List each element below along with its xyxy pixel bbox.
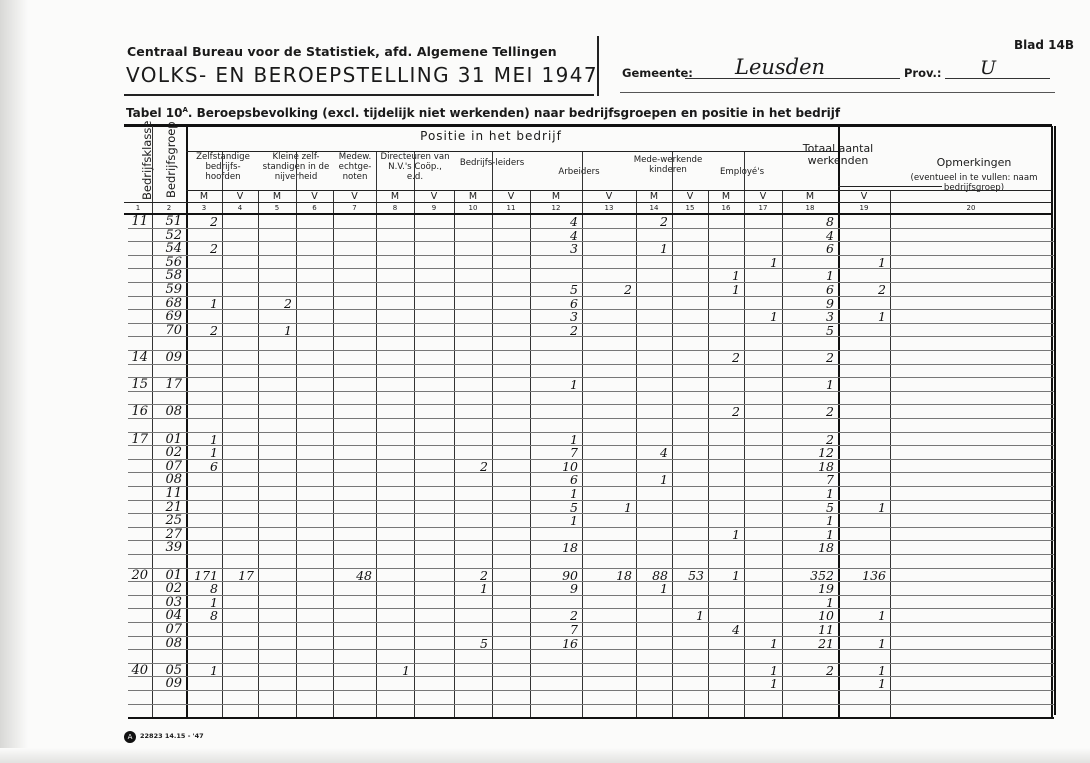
cell-col-10: 2 xyxy=(454,569,488,582)
cell-col-12: 1 xyxy=(530,514,578,527)
cell-col-13: 1 xyxy=(582,501,632,514)
cell-bedrijfsgroep: 07 xyxy=(152,623,182,636)
grid-hline xyxy=(124,213,1052,215)
cell-col-18: 6 xyxy=(782,283,834,296)
cell-bedrijfsgroep: 69 xyxy=(152,310,182,323)
cell-col-18: 18 xyxy=(782,541,834,554)
cell-bedrijfsgroep: 39 xyxy=(152,541,182,554)
grid-hline xyxy=(128,241,1054,242)
cell-col-16: 1 xyxy=(708,528,740,541)
grid-hline xyxy=(128,595,1054,596)
column-number-17: 17 xyxy=(744,204,782,212)
cell-bedrijfsgroep: 01 xyxy=(152,433,182,446)
header-directeuren: Directeuren van N.V.'s Coöp., e.d. xyxy=(380,152,450,182)
cell-col-18: 10 xyxy=(782,609,834,622)
cell-bedrijfsgroep: 08 xyxy=(152,405,182,418)
cell-col-12: 1 xyxy=(530,487,578,500)
cell-col-12: 7 xyxy=(530,623,578,636)
header-opmerkingen: Opmerkingen xyxy=(896,157,1052,169)
cell-col-16: 2 xyxy=(708,351,740,364)
cell-col-18: 2 xyxy=(782,351,834,364)
cell-col-12: 18 xyxy=(530,541,578,554)
cell-bedrijfsgroep: 03 xyxy=(152,596,182,609)
column-number-1: 1 xyxy=(124,204,152,212)
column-number-14: 14 xyxy=(636,204,672,212)
cell-bedrijfsgroep: 08 xyxy=(152,637,182,650)
grid-hline xyxy=(128,636,1054,637)
cell-col-12: 2 xyxy=(530,609,578,622)
header-underline xyxy=(620,92,1055,93)
header-positie: Positie in het bedrijf xyxy=(186,131,796,141)
cell-bedrijfsgroep: 02 xyxy=(152,446,182,459)
cell-col-17: 1 xyxy=(744,256,778,269)
cell-col-14: 88 xyxy=(636,569,668,582)
header-employes: Employé's xyxy=(706,167,778,177)
sex-label-col-3: M xyxy=(186,191,222,202)
cell-col-15: 53 xyxy=(672,569,704,582)
grid-hline xyxy=(128,268,1054,269)
cell-bedrijfsgroep: 56 xyxy=(152,256,182,269)
sex-label-col-11: V xyxy=(492,191,530,202)
cell-col-16: 2 xyxy=(708,405,740,418)
cell-bedrijfsklasse: 11 xyxy=(124,215,148,228)
cell-col-12: 1 xyxy=(530,378,578,391)
cell-col-13: 18 xyxy=(582,569,632,582)
sex-label-col-15: V xyxy=(672,191,708,202)
cell-bedrijfsgroep: 17 xyxy=(152,378,182,391)
cell-bedrijfsklasse: 17 xyxy=(124,433,148,446)
grid-hline xyxy=(186,151,838,152)
grid-hline xyxy=(128,717,1054,719)
grid-hline xyxy=(128,255,1054,256)
cell-bedrijfsgroep: 68 xyxy=(152,297,182,310)
cell-col-3: 1 xyxy=(186,664,218,677)
cell-col-7: 48 xyxy=(333,569,372,582)
cell-col-18: 7 xyxy=(782,473,834,486)
grid-hline xyxy=(128,432,1054,433)
cell-col-10: 5 xyxy=(454,637,488,650)
table-top-rule xyxy=(124,124,1052,127)
cell-col-14: 1 xyxy=(636,242,668,255)
cell-col-18: 2 xyxy=(782,664,834,677)
census-title: VOLKS- EN BEROEPSTELLING 31 MEI 1947 xyxy=(126,63,598,87)
cell-bedrijfsgroep: 25 xyxy=(152,514,182,527)
column-number-11: 11 xyxy=(492,204,530,212)
cell-col-3: 8 xyxy=(186,582,218,595)
cell-col-12: 10 xyxy=(530,460,578,473)
cell-col-12: 1 xyxy=(530,433,578,446)
cell-bedrijfsgroep: 27 xyxy=(152,528,182,541)
grid-vline xyxy=(296,151,297,717)
cell-col-18: 19 xyxy=(782,582,834,595)
grid-hline xyxy=(128,663,1054,664)
cell-col-16: 1 xyxy=(708,269,740,282)
cell-bedrijfsgroep: 54 xyxy=(152,242,182,255)
sex-label-col-6: V xyxy=(296,191,333,202)
cell-bedrijfsgroep: 09 xyxy=(152,677,182,690)
cell-col-18: 6 xyxy=(782,242,834,255)
cell-bedrijfsklasse: 14 xyxy=(124,351,148,364)
cell-bedrijfsgroep: 05 xyxy=(152,664,182,677)
sex-label-col-12: M xyxy=(530,191,582,202)
cell-col-18: 1 xyxy=(782,596,834,609)
cell-col-15: 1 xyxy=(672,609,704,622)
grid-hline xyxy=(128,404,1054,405)
cell-col-16: 1 xyxy=(708,283,740,296)
grid-hline xyxy=(128,554,1054,555)
column-number-16: 16 xyxy=(708,204,744,212)
grid-hline xyxy=(128,364,1054,365)
grid-vline xyxy=(890,190,891,717)
grid-vline xyxy=(333,190,334,717)
cell-bedrijfsklasse: 40 xyxy=(124,664,148,677)
table-title: Tabel 10A. Beroepsbevolking (excl. tijde… xyxy=(126,106,840,120)
cell-col-19: 2 xyxy=(838,283,886,296)
column-number-4: 4 xyxy=(222,204,258,212)
sex-label-col-9: V xyxy=(414,191,454,202)
column-number-3: 3 xyxy=(186,204,222,212)
grid-vline xyxy=(744,151,745,717)
census-form-sheet: Centraal Bureau voor de Statistiek, afd.… xyxy=(0,0,1090,763)
cell-col-18: 9 xyxy=(782,297,834,310)
bureau-heading: Centraal Bureau voor de Statistiek, afd.… xyxy=(127,44,557,59)
cell-bedrijfsgroep: 08 xyxy=(152,473,182,486)
cell-col-19: 1 xyxy=(838,256,886,269)
cell-bedrijfsgroep: 51 xyxy=(152,215,182,228)
cell-col-12: 90 xyxy=(530,569,578,582)
scan-bottom-shade xyxy=(0,748,1090,763)
cell-col-12: 4 xyxy=(530,215,578,228)
cell-bedrijfsgroep: 52 xyxy=(152,229,182,242)
cell-col-10: 1 xyxy=(454,582,488,595)
grid-vline xyxy=(222,151,223,717)
cell-col-12: 5 xyxy=(530,283,578,296)
grid-vline xyxy=(414,151,415,717)
cell-col-14: 1 xyxy=(636,473,668,486)
grid-hline xyxy=(128,540,1054,541)
blad-value: 14B xyxy=(1048,38,1074,52)
cell-col-18: 1 xyxy=(782,528,834,541)
cell-col-16: 1 xyxy=(708,569,740,582)
sex-label-col-19: V xyxy=(838,191,890,202)
cell-col-18: 8 xyxy=(782,215,834,228)
grid-vline xyxy=(258,190,259,717)
cell-col-18: 1 xyxy=(782,378,834,391)
sex-label-col-4: V xyxy=(222,191,258,202)
cell-bedrijfsklasse: 15 xyxy=(124,378,148,391)
cell-col-12: 4 xyxy=(530,229,578,242)
cell-col-12: 3 xyxy=(530,242,578,255)
printer-logo-icon: A xyxy=(124,731,136,743)
province-field-line xyxy=(945,78,1050,79)
cell-col-18: 2 xyxy=(782,433,834,446)
grid-vline xyxy=(672,151,673,717)
grid-hline xyxy=(128,445,1054,446)
column-number-12: 12 xyxy=(530,204,582,212)
cell-col-3: 1 xyxy=(186,596,218,609)
grid-vline xyxy=(376,151,377,717)
cell-col-18: 1 xyxy=(782,269,834,282)
column-number-7: 7 xyxy=(333,204,376,212)
grid-hline xyxy=(128,649,1054,650)
cell-col-18: 18 xyxy=(782,460,834,473)
grid-hline xyxy=(128,690,1054,691)
cell-col-3: 2 xyxy=(186,215,218,228)
grid-hline xyxy=(128,472,1054,473)
cell-col-12: 9 xyxy=(530,582,578,595)
cell-bedrijfsgroep: 11 xyxy=(152,487,182,500)
cell-col-14: 4 xyxy=(636,446,668,459)
cell-col-16: 4 xyxy=(708,623,740,636)
column-number-5: 5 xyxy=(258,204,296,212)
column-number-8: 8 xyxy=(376,204,414,212)
cell-col-3: 171 xyxy=(186,569,218,582)
province-label: Prov.: xyxy=(904,66,942,80)
grid-hline xyxy=(186,190,1052,191)
column-number-9: 9 xyxy=(414,204,454,212)
cell-col-18: 5 xyxy=(782,501,834,514)
cell-col-19: 1 xyxy=(838,310,886,323)
cell-col-8: 1 xyxy=(376,664,410,677)
title-rule xyxy=(124,94,594,96)
cell-col-12: 6 xyxy=(530,297,578,310)
cell-col-19: 1 xyxy=(838,637,886,650)
cell-col-12: 3 xyxy=(530,310,578,323)
cell-bedrijfsgroep: 07 xyxy=(152,460,182,473)
gemeente-label: Gemeente: xyxy=(622,66,693,80)
cell-col-3: 8 xyxy=(186,609,218,622)
header-bedrijfsgroep: Bedrijfsgroep xyxy=(164,121,178,198)
cell-col-14: 1 xyxy=(636,582,668,595)
column-number-18: 18 xyxy=(782,204,838,212)
cell-col-18: 1 xyxy=(782,487,834,500)
cell-col-12: 5 xyxy=(530,501,578,514)
cell-col-14: 2 xyxy=(636,215,668,228)
grid-hline xyxy=(128,704,1054,705)
sex-label-col-16: M xyxy=(708,191,744,202)
sex-label-col-10: M xyxy=(454,191,492,202)
cell-col-5: 1 xyxy=(258,324,292,337)
grid-hline xyxy=(128,350,1054,351)
cell-col-18: 5 xyxy=(782,324,834,337)
print-code: 22823 14.15 - '47 xyxy=(140,732,204,740)
cell-col-18: 1 xyxy=(782,514,834,527)
cell-col-4: 17 xyxy=(222,569,254,582)
table-title-rest: . Beroepsbevolking (excl. tijdelijk niet… xyxy=(188,106,840,120)
cell-bedrijfsklasse: 20 xyxy=(124,569,148,582)
cell-col-12: 16 xyxy=(530,637,578,650)
cell-col-3: 1 xyxy=(186,297,218,310)
column-number-13: 13 xyxy=(582,204,636,212)
cell-col-3: 2 xyxy=(186,242,218,255)
cell-bedrijfsgroep: 21 xyxy=(152,501,182,514)
cell-bedrijfsgroep: 01 xyxy=(152,569,182,582)
cell-col-18: 352 xyxy=(782,569,834,582)
cell-col-18: 21 xyxy=(782,637,834,650)
grid-hline xyxy=(128,418,1054,419)
header-medewerkende-kinderen: Mede-werkende kinderen xyxy=(632,155,704,175)
cell-col-19: 1 xyxy=(838,501,886,514)
column-number-20: 20 xyxy=(890,204,1052,212)
column-number-10: 10 xyxy=(454,204,492,212)
cell-col-17: 1 xyxy=(744,637,778,650)
cell-col-18: 2 xyxy=(782,405,834,418)
sex-label-col-17: V xyxy=(744,191,782,202)
cell-col-19: 1 xyxy=(838,664,886,677)
sex-label-col-8: M xyxy=(376,191,414,202)
cell-bedrijfsgroep: 02 xyxy=(152,582,182,595)
cell-col-19: 136 xyxy=(838,569,886,582)
cell-col-18: 4 xyxy=(782,229,834,242)
cell-col-3: 1 xyxy=(186,433,218,446)
blad-label: Blad xyxy=(1014,38,1044,52)
page-edge-shadow xyxy=(0,0,28,763)
cell-bedrijfsgroep: 59 xyxy=(152,283,182,296)
cell-col-17: 1 xyxy=(744,677,778,690)
header-separator xyxy=(597,36,599,96)
cell-col-12: 2 xyxy=(530,324,578,337)
province-value: U xyxy=(980,57,996,79)
header-zelfstandige: Zelfstandige bedrijfs-hoofden xyxy=(188,152,258,182)
gemeente-value: Leusden xyxy=(735,55,825,79)
cell-col-12: 7 xyxy=(530,446,578,459)
grid-hline xyxy=(128,676,1054,677)
cell-col-17: 1 xyxy=(744,310,778,323)
cell-col-13: 2 xyxy=(582,283,632,296)
cell-bedrijfsgroep: 04 xyxy=(152,609,182,622)
blad-number: Blad 14B xyxy=(1014,38,1074,52)
grid-hline xyxy=(128,459,1054,460)
grid-hline xyxy=(128,228,1054,229)
cell-bedrijfsgroep: 58 xyxy=(152,269,182,282)
cell-col-12: 6 xyxy=(530,473,578,486)
sex-label-col-18: M xyxy=(782,191,838,202)
cell-col-3: 2 xyxy=(186,324,218,337)
grid-hline xyxy=(128,391,1054,392)
grid-hline xyxy=(124,202,1052,203)
cell-col-18: 3 xyxy=(782,310,834,323)
column-number-6: 6 xyxy=(296,204,333,212)
column-number-15: 15 xyxy=(672,204,708,212)
cell-col-5: 2 xyxy=(258,297,292,310)
cell-col-10: 2 xyxy=(454,460,488,473)
grid-vline xyxy=(492,151,493,717)
grid-vline xyxy=(1054,126,1056,715)
cell-col-3: 6 xyxy=(186,460,218,473)
table-title-prefix: Tabel 10 xyxy=(126,106,182,120)
cell-col-18: 12 xyxy=(782,446,834,459)
grid-hline xyxy=(128,527,1054,528)
sex-label-col-5: M xyxy=(258,191,296,202)
header-medew-echtgenoten: Medew. echtge-noten xyxy=(334,152,376,182)
cell-col-3: 1 xyxy=(186,446,218,459)
sex-label-col-13: V xyxy=(582,191,636,202)
cell-col-19: 1 xyxy=(838,677,886,690)
grid-hline xyxy=(838,186,942,187)
grid-hline xyxy=(128,377,1054,378)
grid-hline xyxy=(128,608,1054,609)
cell-col-17: 1 xyxy=(744,664,778,677)
sex-label-col-14: M xyxy=(636,191,672,202)
sex-label-col-7: V xyxy=(333,191,376,202)
grid-hline xyxy=(128,622,1054,623)
grid-vline xyxy=(582,151,583,717)
cell-col-18: 11 xyxy=(782,623,834,636)
cell-bedrijfsklasse: 16 xyxy=(124,405,148,418)
cell-bedrijfsgroep: 09 xyxy=(152,351,182,364)
header-arbeiders: Arbeiders xyxy=(528,167,630,177)
cell-bedrijfsgroep: 70 xyxy=(152,324,182,337)
column-number-2: 2 xyxy=(152,204,186,212)
grid-hline xyxy=(128,486,1054,487)
column-number-19: 19 xyxy=(838,204,890,212)
cell-col-19: 1 xyxy=(838,609,886,622)
